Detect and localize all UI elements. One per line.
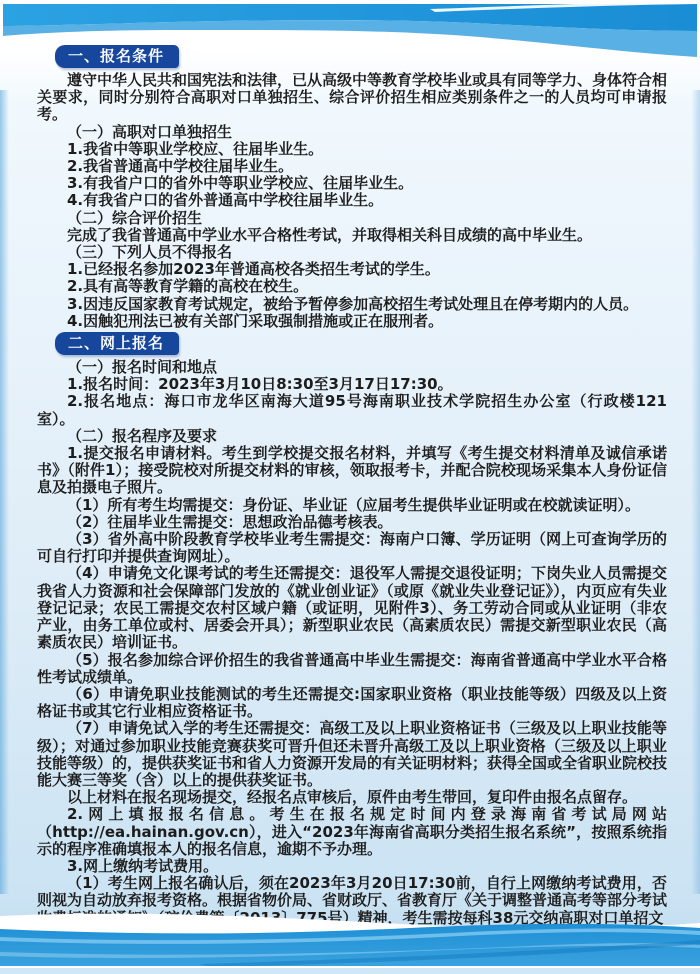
paragraph: （二）综合评价招生 — [37, 210, 667, 227]
paragraph: （一）报名时间和地点 — [37, 359, 667, 376]
section-paragraphs: 遵守中华人民共和国宪法和法律，已从高级中等教育学校毕业或具有同等学力、身体符合相… — [37, 72, 667, 330]
document-body: 一、报名条件 遵守中华人民共和国宪法和法律，已从高级中等教育学校毕业或具有同等学… — [37, 44, 667, 927]
document-section: 二、网上报名 （一）报名时间和地点 1.报名时间：2023年3月10日8:30至… — [37, 331, 667, 927]
paragraph: 2.具有高等教育学籍的高校在校生。 — [37, 278, 667, 295]
section-title: 二、网上报名 — [68, 334, 164, 352]
paragraph: 1.已经报名参加2023年普通高校各类招生考试的学生。 — [37, 261, 667, 278]
paragraph: （一）高职对口单独招生 — [37, 124, 667, 141]
paragraph: （2）往届毕业生需提交：思想政治品德考核表。 — [37, 514, 667, 531]
paragraph: 2.我省普通高中学校往届毕业生。 — [37, 158, 667, 175]
bottom-wave-decoration — [0, 904, 700, 974]
paragraph: （4）申请免文化课考试的考生还需提交：退役军人需提交退役证明；下岗失业人员需提交… — [37, 565, 667, 651]
section-paragraphs: （一）报名时间和地点 1.报名时间：2023年3月10日8:30至3月17日17… — [37, 359, 667, 927]
paragraph: （6）申请免职业技能测试的考生还需提交:国家职业资格（职业技能等级）四级及以上资… — [37, 686, 667, 720]
paragraph: 以上材料在报名现场提交，经报名点审核后，原件由考生带回，复印件由报名点留存。 — [37, 789, 667, 806]
section-header: 一、报名条件 — [55, 45, 179, 68]
paragraph: 3.网上缴纳考试费用。 — [37, 858, 667, 875]
paragraph: 4.有我省户口的省外普通高中学校往届毕业生。 — [37, 192, 667, 209]
paragraph: （二）报名程序及要求 — [37, 428, 667, 445]
section-title: 一、报名条件 — [68, 47, 164, 65]
paragraph: 遵守中华人民共和国宪法和法律，已从高级中等教育学校毕业或具有同等学力、身体符合相… — [37, 72, 667, 124]
paragraph: （三）下列人员不得报名 — [37, 244, 667, 261]
paragraph: 2.报名地点：海口市龙华区南海大道95号海南职业技术学院招生办公室（行政楼121… — [37, 393, 667, 427]
right-edge-gradient — [691, 90, 700, 894]
section-header: 二、网上报名 — [55, 332, 179, 355]
paragraph: 4.因触犯刑法已被有关部门采取强制措施或正在服刑者。 — [37, 313, 667, 330]
paragraph: 完成了我省普通高中学业水平合格性考试，并取得相关科目成绩的高中毕业生。 — [37, 227, 667, 244]
paragraph: 1.我省中等职业学校应、往届毕业生。 — [37, 141, 667, 158]
document-section: 一、报名条件 遵守中华人民共和国宪法和法律，已从高级中等教育学校毕业或具有同等学… — [37, 44, 667, 330]
paragraph: （5）报名参加综合评价招生的我省普通高中毕业生需提交：海南省普通高中学业水平合格… — [37, 652, 667, 686]
paragraph: 1.报名时间：2023年3月10日8:30至3月17日17:30。 — [37, 376, 667, 393]
bottom-white-line — [0, 966, 700, 968]
notice-page: 一、报名条件 遵守中华人民共和国宪法和法律，已从高级中等教育学校毕业或具有同等学… — [0, 0, 700, 974]
paragraph: （1）所有考生均需提交：身份证、毕业证（应届考生提供毕业证明或在校就读证明）。 — [37, 497, 667, 514]
paragraph: （7）申请免试入学的考生还需提交：高级工及以上职业资格证书（三级及以上职业技能等… — [37, 720, 667, 789]
bottom-strip — [0, 968, 700, 974]
paragraph: 1.提交报名申请材料。考生到学校提交报名材料，并填写《考生提交材料清单及诚信承诺… — [37, 445, 667, 497]
paragraph: 2.网上填报报名信息。考生在报名规定时间内登录海南省考试局网站（http://e… — [37, 806, 667, 858]
left-edge-gradient — [0, 90, 9, 894]
sections-container: 一、报名条件 遵守中华人民共和国宪法和法律，已从高级中等教育学校毕业或具有同等学… — [37, 44, 667, 927]
paragraph: （3）省外高中阶段教育学校毕业考生需提交：海南户口簿、学历证明（网上可查询学历的… — [37, 531, 667, 565]
paragraph: 3.有我省户口的省外中等职业学校应、往届毕业生。 — [37, 175, 667, 192]
paragraph: 3.因违反国家教育考试规定，被给予暂停参加高校招生考试处理且在停考期内的人员。 — [37, 296, 667, 313]
